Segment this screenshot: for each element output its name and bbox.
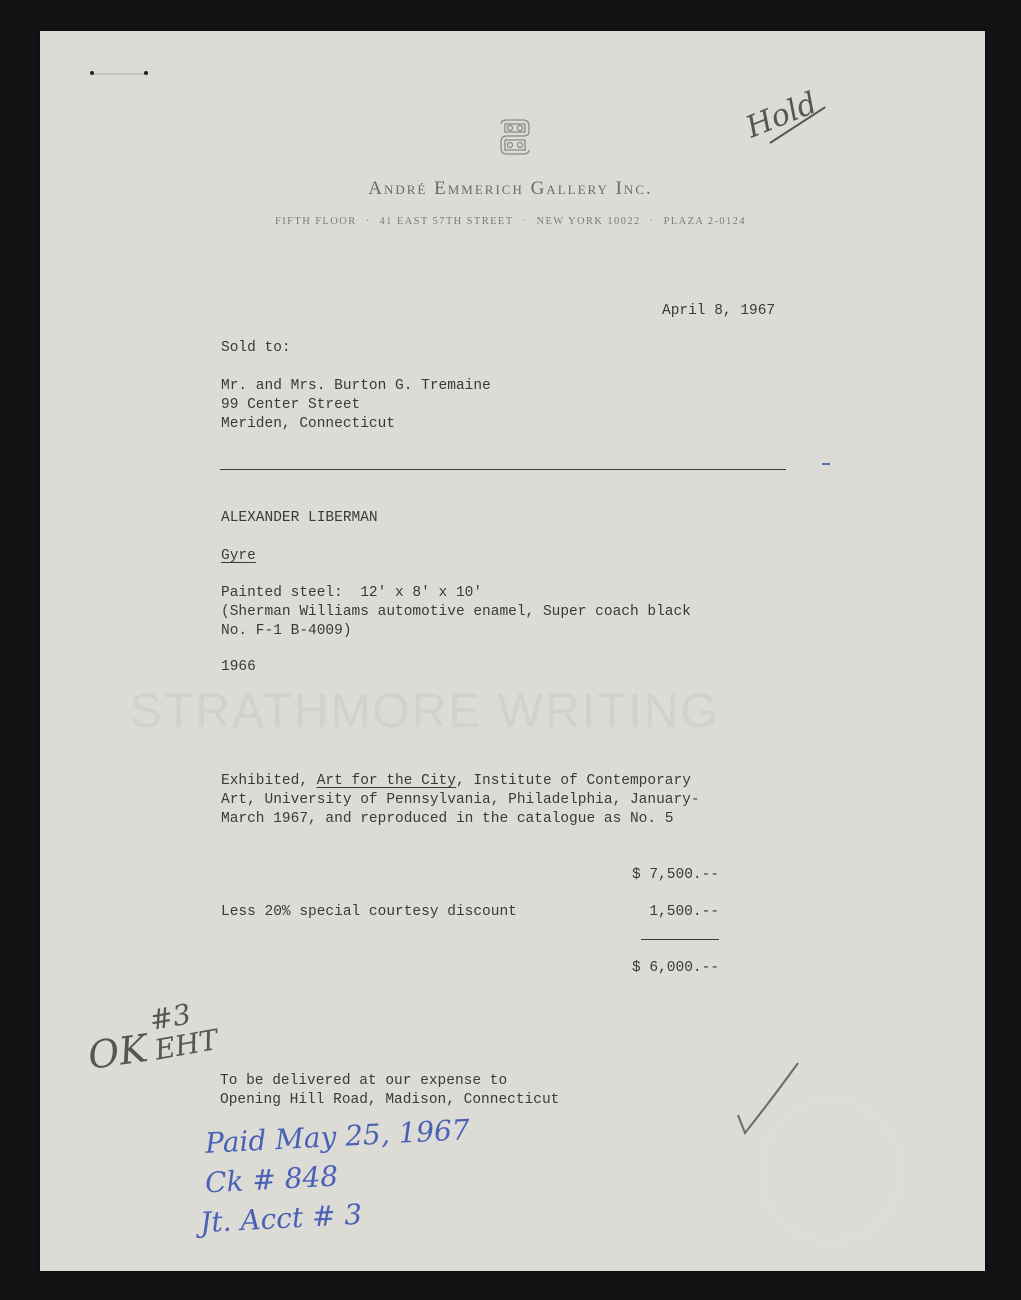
sold-to-label: Sold to: xyxy=(221,339,291,358)
exhibition-line-2: Art, University of Pennsylvania, Philade… xyxy=(221,791,700,810)
gallery-name: André Emmerich Gallery Inc. xyxy=(0,178,1021,200)
exhibition-line-1: Exhibited, Art for the City, Institute o… xyxy=(221,772,691,791)
address-city: New York 10022 xyxy=(536,216,640,227)
exhibition-line-3: March 1967, and reproduced in the catalo… xyxy=(221,810,673,829)
artist-name: ALEXANDER LIBERMAN xyxy=(221,509,378,528)
embossed-seal xyxy=(760,1100,902,1242)
discount-label: Less 20% special courtesy discount xyxy=(221,903,517,922)
separator-rule xyxy=(220,469,786,470)
total-amount: $ 6,000.-- xyxy=(599,959,719,978)
artwork-medium-3: No. F-1 B-4009) xyxy=(221,622,352,641)
artwork-medium-2: (Sherman Williams automotive enamel, Sup… xyxy=(221,603,691,622)
exhibition-line-1-rest: , Institute of Contemporary xyxy=(456,773,691,789)
exhibition-show-title: Art for the City xyxy=(317,773,456,789)
artwork-year: 1966 xyxy=(221,658,256,677)
ae-monogram-logo-icon xyxy=(495,118,535,156)
delivery-line-2: Opening Hill Road, Madison, Connecticut xyxy=(220,1091,559,1110)
staple-mark xyxy=(92,73,146,75)
paid-annotation-2: Ck # 848 xyxy=(204,1160,339,1200)
exhibition-prefix: Exhibited, xyxy=(221,773,317,789)
paper-watermark: STRATHMORE WRITING xyxy=(130,684,730,739)
buyer-street: 99 Center Street xyxy=(221,396,360,415)
artwork-medium-1: Painted steel: 12' x 8' x 10' xyxy=(221,584,482,603)
ok-annotation: OK xyxy=(85,1026,150,1078)
address-street: 41 East 57th Street xyxy=(380,216,514,227)
address-phone: Plaza 2-0124 xyxy=(664,216,746,227)
invoice-date: April 8, 1967 xyxy=(662,302,775,321)
buyer-name: Mr. and Mrs. Burton G. Tremaine xyxy=(221,377,491,396)
discount-amount: 1,500.-- xyxy=(599,903,719,922)
sum-rule xyxy=(641,939,719,940)
buyer-city: Meriden, Connecticut xyxy=(221,415,395,434)
delivery-line-1: To be delivered at our expense to xyxy=(220,1072,507,1091)
price-amount: $ 7,500.-- xyxy=(599,866,719,885)
ok-initials-annotation: #3 EHT xyxy=(147,994,226,1065)
artwork-title: Gyre xyxy=(221,547,256,566)
address-floor: Fifth Floor xyxy=(275,216,357,227)
blue-mark xyxy=(822,463,830,465)
gallery-address: Fifth Floor·41 East 57th Street·New York… xyxy=(0,216,1021,227)
